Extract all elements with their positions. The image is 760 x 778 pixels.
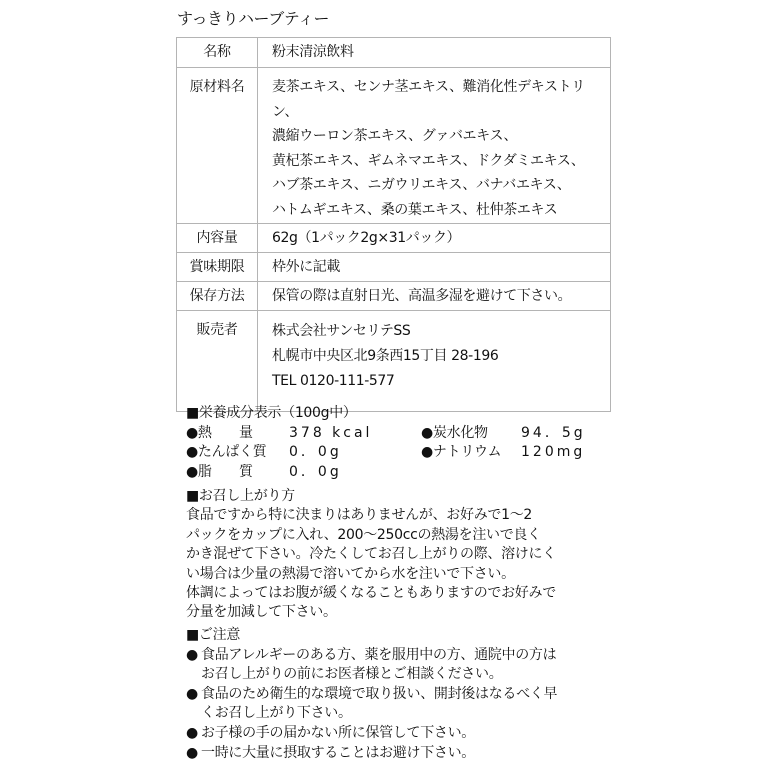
- product-title: すっきりハーブティー: [177, 8, 329, 30]
- nutrient-value: 120mg: [521, 443, 585, 463]
- caution-item: ● お子様の手の届かない所に保管して下さい。: [186, 724, 606, 744]
- caution-line: お子様の手の届かない所に保管して下さい。: [201, 724, 606, 744]
- nutrient-value: 0．0g: [289, 463, 342, 483]
- spec-value: 保管の際は直射日光、高温多湿を避けて下さい。: [258, 281, 611, 310]
- spec-value-line: TEL 0120-111-577: [272, 369, 610, 394]
- nutrient-name: ●ナトリウム: [421, 443, 521, 463]
- spec-value: 麦茶エキス、センナ茎エキス、難消化性デキストリン、 濃縮ウーロン茶エキス、グァバ…: [258, 68, 611, 224]
- spec-label: 原材料名: [177, 68, 258, 224]
- spec-value-line: 枠外に記載: [272, 253, 610, 281]
- nutrition-grid: ●熱 量 378 kcal ●炭水化物 94．5g ●たんぱく質 0．0g ●ナ…: [186, 424, 606, 483]
- spec-row-contents: 内容量 62g（1パック2g×31パック）: [177, 223, 611, 252]
- spec-row-expiry: 賞味期限 枠外に記載: [177, 252, 611, 281]
- spec-row-seller: 販売者 株式会社サンセリテSS 札幌市中央区北9条西15丁目 28-196 TE…: [177, 310, 611, 411]
- how-to-line: 食品ですから特に決まりはありませんが、お好みで1～2: [186, 506, 606, 525]
- nutrition-item-energy: ●熱 量 378 kcal: [186, 424, 421, 444]
- caution-line: お召し上がりの前にお医者様とご相談ください。: [201, 665, 606, 685]
- how-to-line: い場合は少量の熱湯で溶いてから水を注いで下さい。: [186, 565, 606, 584]
- bullet-icon: ●: [186, 685, 201, 724]
- nutrient-value: 0．0g: [289, 443, 342, 463]
- spec-label: 内容量: [177, 223, 258, 252]
- nutrient-value: 378 kcal: [289, 424, 372, 444]
- how-to-line: 体調によってはお腹が緩くなることもありますのでお好みで: [186, 584, 606, 603]
- spec-row-ingredients: 原材料名 麦茶エキス、センナ茎エキス、難消化性デキストリン、 濃縮ウーロン茶エキ…: [177, 68, 611, 224]
- spec-label: 賞味期限: [177, 252, 258, 281]
- caution-heading: ■ご注意: [186, 626, 606, 646]
- nutrient-name: ●脂 質: [186, 463, 289, 483]
- how-to-heading: ■お召し上がり方: [186, 487, 606, 506]
- spec-row-storage: 保存方法 保管の際は直射日光、高温多湿を避けて下さい。: [177, 281, 611, 310]
- nutrition-item-fat: ●脂 質 0．0g: [186, 463, 421, 483]
- caution-item: ● 一時に大量に摂取することはお避け下さい。: [186, 744, 606, 764]
- how-to-line: パックをカップに入れ、200～250ccの熱湯を注いで良く: [186, 526, 606, 545]
- spec-value-line: 保管の際は直射日光、高温多湿を避けて下さい。: [272, 282, 610, 310]
- product-spec-table: 名称 粉末清涼飲料 原材料名 麦茶エキス、センナ茎エキス、難消化性デキストリン、…: [176, 37, 611, 412]
- spec-row-name: 名称 粉末清涼飲料: [177, 38, 611, 68]
- spec-label: 保存方法: [177, 281, 258, 310]
- nutrient-name: ●炭水化物: [421, 424, 521, 444]
- spec-label: 販売者: [177, 310, 258, 411]
- caution-line: 食品のため衛生的な環境で取り扱い、開封後はなるべく早: [201, 685, 606, 705]
- spec-value-line: 粉末清涼飲料: [272, 38, 610, 67]
- caution-notes: ■ご注意 ● 食品アレルギーのある方、薬を服用中の方、通院中の方は お召し上がり…: [186, 626, 606, 763]
- spec-value-line: 濃縮ウーロン茶エキス、グァバエキス、: [272, 124, 610, 149]
- how-to-line: 分量を加減して下さい。: [186, 603, 606, 622]
- caution-line: 一時に大量に摂取することはお避け下さい。: [201, 744, 606, 764]
- nutrition-item-protein: ●たんぱく質 0．0g: [186, 443, 421, 463]
- how-to-drink: ■お召し上がり方 食品ですから特に決まりはありませんが、お好みで1～2 パックを…: [186, 487, 606, 623]
- caution-line: くお召し上がり下さい。: [201, 704, 606, 724]
- caution-item: ● 食品アレルギーのある方、薬を服用中の方、通院中の方は お召し上がりの前にお医…: [186, 646, 606, 685]
- spec-value-line: 札幌市中央区北9条西15丁目 28-196: [272, 344, 610, 369]
- spec-value: 枠外に記載: [258, 252, 611, 281]
- spec-value-line: 麦茶エキス、センナ茎エキス、難消化性デキストリン、: [272, 75, 610, 124]
- bullet-icon: ●: [186, 646, 201, 685]
- spec-value-line: ハブ茶エキス、ニガウリエキス、バナバエキス、: [272, 173, 610, 198]
- spec-value-line: 株式会社サンセリテSS: [272, 319, 610, 344]
- spec-label: 名称: [177, 38, 258, 68]
- bullet-icon: ●: [186, 724, 201, 744]
- caution-line: 食品アレルギーのある方、薬を服用中の方、通院中の方は: [201, 646, 606, 666]
- bullet-icon: ●: [186, 744, 201, 764]
- spec-value-line: 黄杞茶エキス、ギムネマエキス、ドクダミエキス、: [272, 149, 610, 174]
- nutrition-heading: ■栄養成分表示（100g中）: [186, 404, 606, 424]
- nutrient-name: ●熱 量: [186, 424, 289, 444]
- spec-value: 粉末清涼飲料: [258, 38, 611, 68]
- spec-value: 株式会社サンセリテSS 札幌市中央区北9条西15丁目 28-196 TEL 01…: [258, 310, 611, 411]
- spec-value-line: 62g（1パック2g×31パック）: [272, 224, 610, 252]
- nutrition-item-carbohydrate: ●炭水化物 94．5g: [421, 424, 606, 444]
- nutrition-item-sodium: ●ナトリウム 120mg: [421, 443, 606, 463]
- spec-value-line: ハトムギエキス、桑の葉エキス、杜仲茶エキス: [272, 198, 610, 223]
- nutrient-value: 94．5g: [521, 424, 586, 444]
- spec-value: 62g（1パック2g×31パック）: [258, 223, 611, 252]
- how-to-line: かき混ぜて下さい。冷たくしてお召し上がりの際、溶けにく: [186, 545, 606, 564]
- nutrition-facts: ■栄養成分表示（100g中） ●熱 量 378 kcal ●炭水化物 94．5g…: [186, 404, 606, 482]
- nutrient-name: ●たんぱく質: [186, 443, 289, 463]
- caution-item: ● 食品のため衛生的な環境で取り扱い、開封後はなるべく早 くお召し上がり下さい。: [186, 685, 606, 724]
